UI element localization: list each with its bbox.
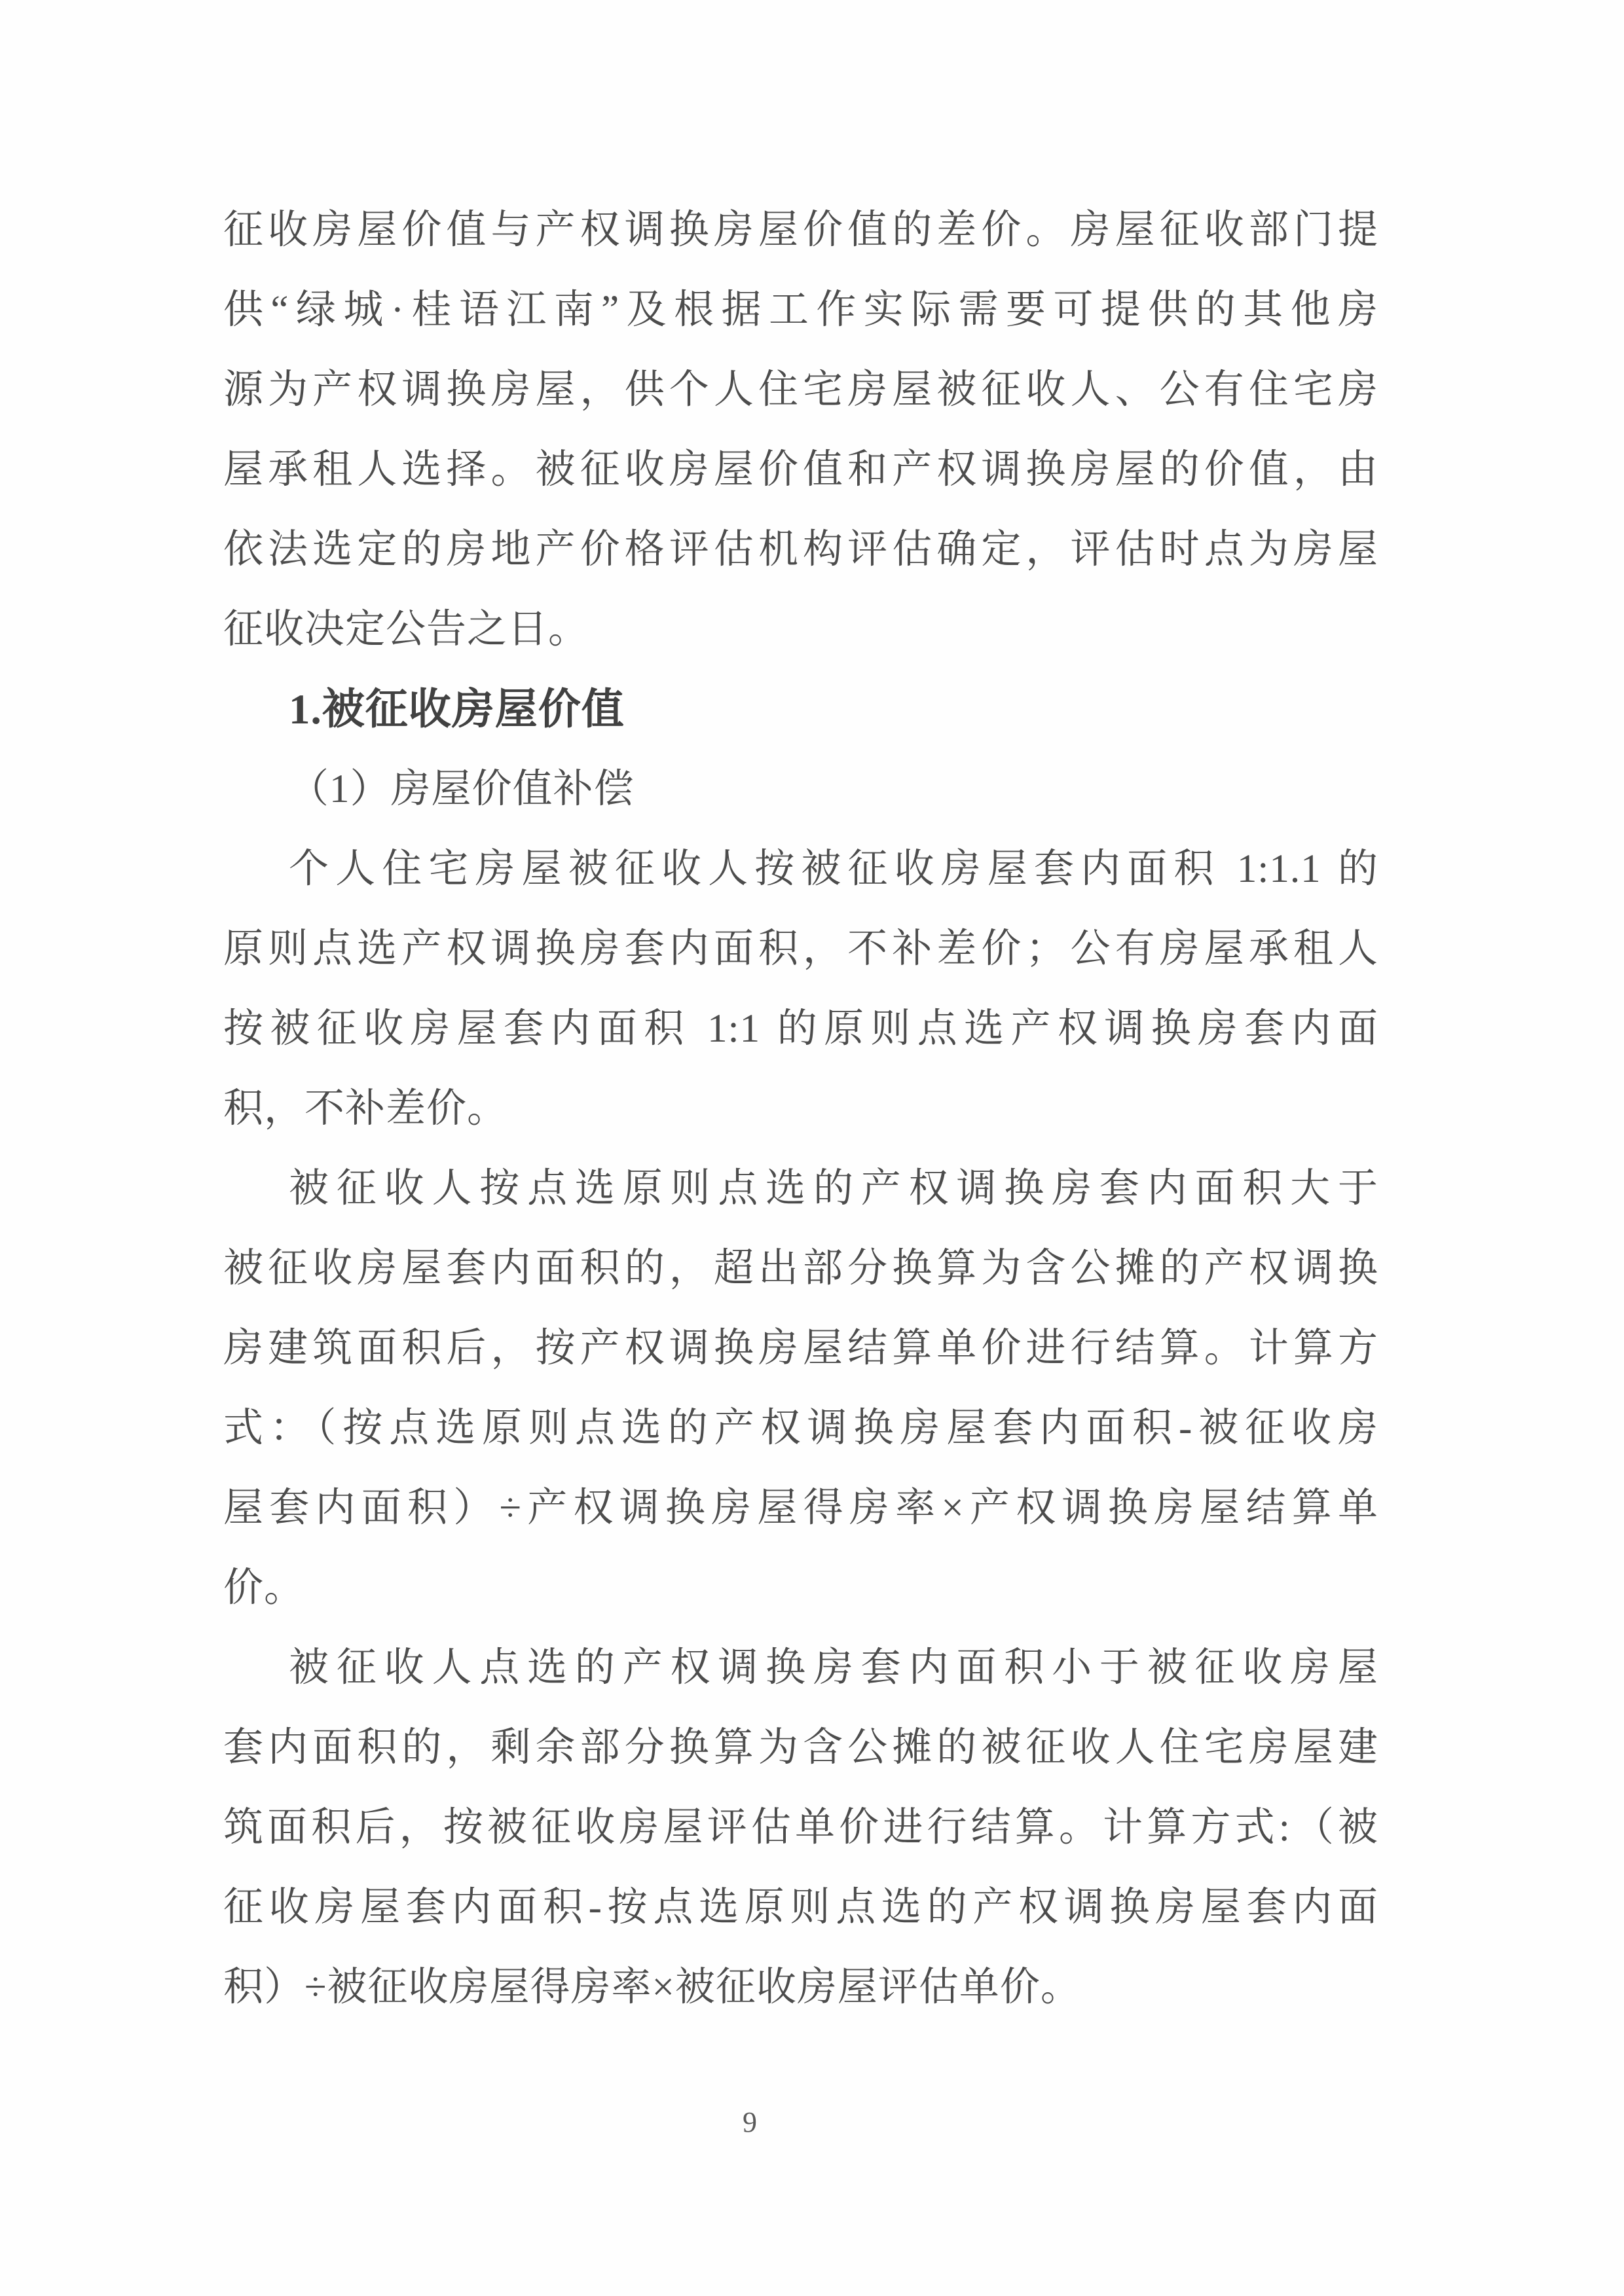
text-line: 被征收人点选的产权调换房套内面积小于被征收房屋 <box>223 1628 1378 1708</box>
text-line: 筑面积后，按被征收房屋评估单价进行结算。计算方式:（被 <box>223 1788 1378 1868</box>
text-line: 征收房屋套内面积-按点选原则点选的产权调换房屋套内面 <box>223 1868 1378 1948</box>
text-line: 原则点选产权调换房套内面积，不补差价；公有房屋承租人 <box>223 909 1378 989</box>
text-line: 依法选定的房地产价格评估机构评估确定，评估时点为房屋 <box>223 510 1378 590</box>
text-line: 被征收人按点选原则点选的产权调换房套内面积大于 <box>223 1149 1378 1229</box>
text-line: 套内面积的，剩余部分换算为含公摊的被征收人住宅房屋建 <box>223 1708 1378 1788</box>
document-page: 征收房屋价值与产权调换房屋价值的差价。房屋征收部门提 供“绿城·桂语江南”及根据… <box>0 0 1624 2296</box>
text-line: 征收决定公告之日。 <box>223 590 1378 670</box>
text-line: 积，不补差价。 <box>223 1069 1378 1149</box>
text-line: 屋套内面积）÷产权调换房屋得房率×产权调换房屋结算单 <box>223 1468 1378 1548</box>
text-line: 屋承租人选择。被征收房屋价值和产权调换房屋的价值，由 <box>223 430 1378 510</box>
page-number: 9 <box>223 2103 1277 2142</box>
text-line: 被征收房屋套内面积的，超出部分换算为含公摊的产权调换 <box>223 1229 1378 1309</box>
text-line: 价。 <box>223 1548 1378 1628</box>
text-line: 积）÷被征收房屋得房率×被征收房屋评估单价。 <box>223 1948 1378 2028</box>
text-line: 源为产权调换房屋，供个人住宅房屋被征收人、公有住宅房 <box>223 350 1378 430</box>
text-line: 按被征收房屋套内面积 1:1 的原则点选产权调换房套内面 <box>223 989 1378 1069</box>
section-heading: 1.被征收房屋价值 <box>223 670 1378 750</box>
text-line: 房建筑面积后，按产权调换房屋结算单价进行结算。计算方 <box>223 1309 1378 1389</box>
text-line: 征收房屋价值与产权调换房屋价值的差价。房屋征收部门提 <box>223 191 1378 270</box>
text-line: 个人住宅房屋被征收人按被征收房屋套内面积 1:1.1 的 <box>223 829 1378 909</box>
document-body: 征收房屋价值与产权调换房屋价值的差价。房屋征收部门提 供“绿城·桂语江南”及根据… <box>223 191 1378 2028</box>
text-line: 供“绿城·桂语江南”及根据工作实际需要可提供的其他房 <box>223 270 1378 350</box>
text-line: 式：（按点选原则点选的产权调换房屋套内面积-被征收房 <box>223 1389 1378 1468</box>
sub-heading: （1）房屋价值补偿 <box>223 750 1378 829</box>
